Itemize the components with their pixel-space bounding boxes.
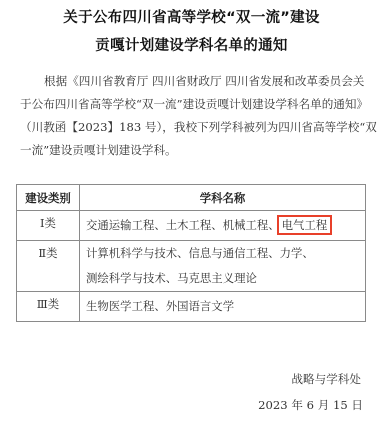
paragraph-line: 于公布四川省高等学校“双一流”建设贡嘎计划建设学科名单的通知》 <box>20 93 365 116</box>
table-row: Ⅲ类 生物医学工程、外国语言文学 <box>17 292 366 322</box>
paragraph-line: 根据《四川省教育厅 四川省财政厅 四川省发展和改革委员会关 <box>20 70 365 93</box>
table-header-row: 建设类别 学科名称 <box>17 185 366 211</box>
table-row: Ⅰ类 交通运输工程、土木工程、机械工程、电气工程 <box>17 211 366 241</box>
subjects-cell: 生物医学工程、外国语言文学 <box>80 292 366 322</box>
subjects-text: 测绘科学与技术、马克思主义理论 <box>86 266 359 291</box>
category-cell: Ⅲ类 <box>17 292 80 322</box>
highlighted-subject: 电气工程 <box>280 218 330 232</box>
subject-table: 建设类别 学科名称 Ⅰ类 交通运输工程、土木工程、机械工程、电气工程 Ⅱ类 计算… <box>16 184 366 322</box>
subjects-cell: 计算机科学与技术、信息与通信工程、力学、测绘科学与技术、马克思主义理论 <box>80 241 366 292</box>
subjects-text: 计算机科学与技术、信息与通信工程、力学、 <box>86 241 359 266</box>
header-category: 建设类别 <box>17 185 80 211</box>
subjects-cell: 交通运输工程、土木工程、机械工程、电气工程 <box>80 211 366 241</box>
body-paragraph: 根据《四川省教育厅 四川省财政厅 四川省发展和改革委员会关 于公布四川省高等学校… <box>20 70 365 162</box>
document-title-line1: 关于公布四川省高等学校“双一流”建设 <box>0 6 383 27</box>
table-row: Ⅱ类 计算机科学与技术、信息与通信工程、力学、测绘科学与技术、马克思主义理论 <box>17 241 366 292</box>
paragraph-line: （川教函【2023】183 号），我校下列学科被列为四川省高等学校“双 <box>20 116 365 139</box>
category-cell: Ⅰ类 <box>17 211 80 241</box>
category-cell: Ⅱ类 <box>17 241 80 292</box>
date: 2023 年 6 月 15 日 <box>258 397 363 413</box>
paragraph-line: 一流”建设贡嘎计划建设学科。 <box>20 139 365 162</box>
document-title-line2: 贡嘎计划建设学科名单的通知 <box>0 34 383 55</box>
header-subjects: 学科名称 <box>80 185 366 211</box>
subjects-text: 交通运输工程、土木工程、机械工程、 <box>86 218 280 232</box>
signature: 战略与学科处 <box>291 371 361 387</box>
